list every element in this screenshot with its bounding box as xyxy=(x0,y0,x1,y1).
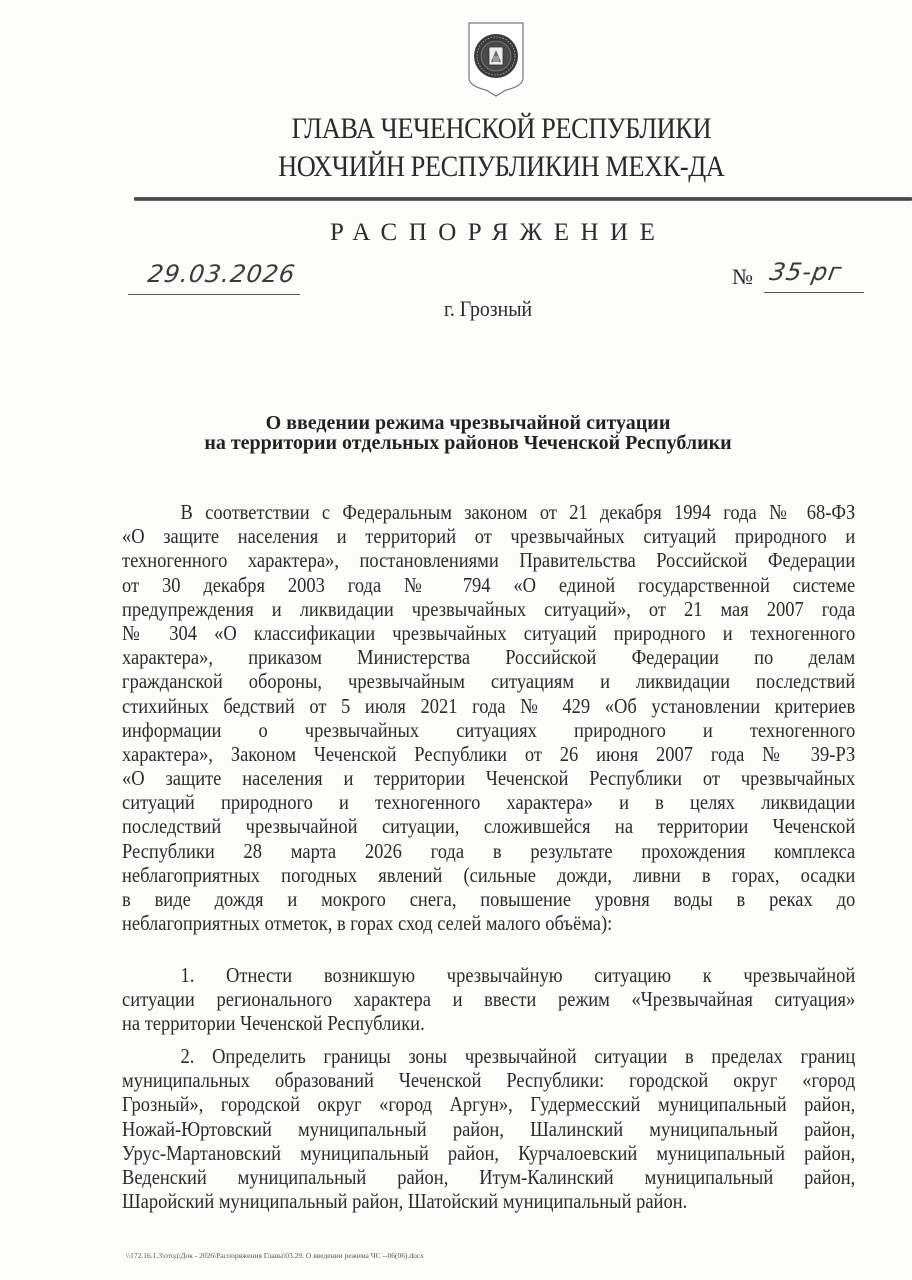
text-line: Урус-Мартановский муниципальный район, К… xyxy=(122,1141,855,1165)
text-line: характера», Законом Чеченской Республики… xyxy=(122,742,855,766)
city-name: г. Грозный xyxy=(444,296,532,322)
text-line: Шаройский муниципальный район, Шатойский… xyxy=(122,1189,855,1213)
text-line: гражданской обороны, чрезвычайным ситуац… xyxy=(122,669,855,693)
text-line: неблагоприятных отметок, в горах сход се… xyxy=(122,911,855,935)
text-line: от 30 декабря 2003 года № 794 «О единой … xyxy=(122,573,855,597)
document-type: РАСПОРЯЖЕНИЕ xyxy=(330,219,666,247)
document-title-line-2: на территории отдельных районов Чеченско… xyxy=(12,433,912,453)
number-label: № xyxy=(732,264,753,290)
text-line: 1. Отнести возникшую чрезвычайную ситуац… xyxy=(122,963,855,987)
header-title-chechen: НОХЧИЙН РЕСПУБЛИКИН МЕХК-ДА xyxy=(100,150,903,184)
text-line: Республики 28 марта 2026 года в результа… xyxy=(122,839,855,863)
text-line: на территории Чеченской Республики. xyxy=(122,1011,855,1035)
file-path-footer: \\172.16.1.3\отод\Док - 2026\Распоряжени… xyxy=(126,1251,424,1260)
text-line: техногенного характера», постановлениями… xyxy=(122,548,855,572)
text-line: Грозный», городской округ «город Аргун»,… xyxy=(122,1092,855,1116)
document-page: ГЛАВА ЧЕЧЕНСКОЙ РЕСПУБЛИКИ НОХЧИЙН РЕСПУ… xyxy=(0,0,912,1280)
text-line: № 304 «О классификации чрезвычайных ситу… xyxy=(122,621,855,645)
text-line: неблагоприятных погодных явлений (сильны… xyxy=(122,863,855,887)
text-line: характера», приказом Министерства Россий… xyxy=(122,645,855,669)
number-value: 35-рг xyxy=(768,258,845,286)
text-line: информации о чрезвычайных ситуациях прир… xyxy=(122,718,855,742)
list-item-2: 2. Определить границы зоны чрезвычайной … xyxy=(122,1044,857,1213)
text-line: в виде дождя и мокрого снега, повышение … xyxy=(122,887,855,911)
text-line: стихийных бедствий от 5 июля 2021 года №… xyxy=(122,694,855,718)
text-line: В соответствии с Федеральным законом от … xyxy=(122,500,855,524)
date-value: 29.03.2026 xyxy=(146,260,297,288)
text-line: «О защите населения и территории Чеченск… xyxy=(122,766,855,790)
list-item-1: 1. Отнести возникшую чрезвычайную ситуац… xyxy=(122,963,857,1036)
text-line: ситуаций природного и техногенного харак… xyxy=(122,790,855,814)
text-line: ситуации регионального характера и ввест… xyxy=(122,987,855,1011)
preamble-paragraph: В соответствии с Федеральным законом от … xyxy=(122,500,857,935)
header-divider xyxy=(134,197,912,201)
text-line: последствий чрезвычайной ситуации, сложи… xyxy=(122,814,855,838)
text-line: Ножай-Юртовский муниципальный район, Шал… xyxy=(122,1117,855,1141)
number-field: 35-рг xyxy=(764,258,864,293)
text-line: предупреждения и ликвидации чрезвычайных… xyxy=(122,597,855,621)
coat-of-arms-icon xyxy=(466,20,526,98)
document-title-line-1: О введении режима чрезвычайной ситуации xyxy=(12,413,912,433)
date-field: 29.03.2026 xyxy=(128,258,300,295)
text-line: «О защите населения и территорий от чрез… xyxy=(122,524,855,548)
text-line: 2. Определить границы зоны чрезвычайной … xyxy=(122,1044,855,1068)
text-line: Веденский муниципальный район, Итум-Кали… xyxy=(122,1165,855,1189)
text-line: муниципальных образований Чеченской Респ… xyxy=(122,1068,855,1092)
header-title-russian: ГЛАВА ЧЕЧЕНСКОЙ РЕСПУБЛИКИ xyxy=(100,112,903,146)
